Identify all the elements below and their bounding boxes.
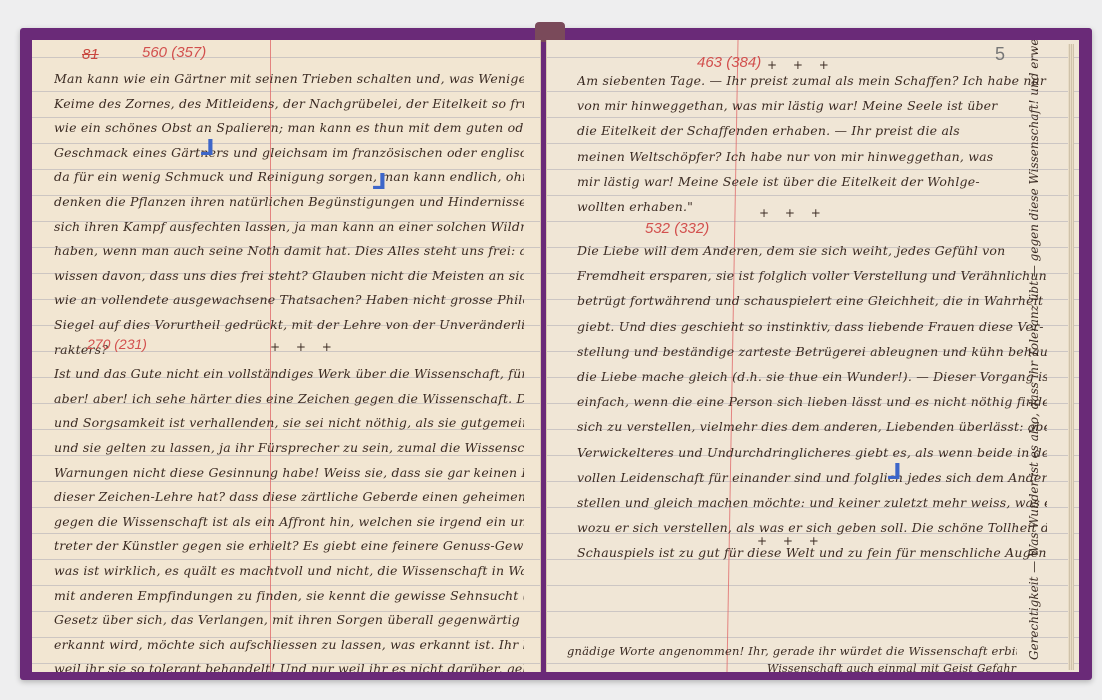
handwritten-line: stellen und gleich machen möchte: und ke… [577,492,1047,514]
blue-editorial-mark: ⅃ [887,460,901,485]
crosses-mark: + + + [270,340,338,354]
handwritten-line: Geschmack eines Gärtners und gleichsam i… [54,142,524,164]
handwritten-line: weil ihr sie so tolerant behandelt! Und … [54,658,524,672]
handwritten-line: erkannt wird, möchte sich aufschliessen … [54,634,524,656]
folio-number: 560 (357) [142,44,206,61]
handwritten-line: sich ihren Kampf ausfechten lassen, ja m… [54,216,524,238]
handwritten-line: sich zu verstellen, vielmehr dies dem an… [577,416,1047,438]
handwritten-line: von mir hinweggethan, was mir lästig war… [577,95,1047,117]
handwritten-line: einfach, wenn die eine Person sich liebe… [577,391,1047,413]
corner-page-number: 5 [995,44,1005,65]
crosses-mark: + + + [759,206,827,220]
handwritten-line: wie ein schönes Obst an Spalieren; man k… [54,117,524,139]
handwritten-line: vollen Leidenschaft für einander sind un… [577,467,1047,489]
bottom-text-line: Wissenschaft auch einmal mit Geist Gefah… [767,658,1017,672]
blue-editorial-mark: ⅃ [372,170,386,195]
handwritten-line: Ist und das Gute nicht ein vollständiges… [54,363,524,385]
handwritten-line: mit anderen Empfindungen zu finden, sie … [54,585,524,607]
handwritten-line: denken die Pflanzen ihren natürlichen Be… [54,191,524,213]
handwritten-line: Keime des Zornes, des Mitleidens, der Na… [54,93,524,115]
page-edges [1068,44,1074,670]
handwritten-line: wie an vollendete ausgewachsene Thatsach… [54,289,524,311]
handwritten-line: dieser Zeichen-Lehre hat? dass diese zär… [54,486,524,508]
handwritten-line: betrügt fortwährend und schauspielert ei… [577,290,1047,312]
handwritten-line: Gesetz über sich, das Verlangen, mit ihr… [54,609,524,631]
handwritten-line: die Eitelkeit der Schaffenden erhaben. —… [577,120,1047,142]
handwritten-line: Fremdheit ersparen, sie ist folglich vol… [577,265,1047,287]
handwritten-line: und sie gelten zu lassen, ja ihr Fürspre… [54,437,524,459]
handwritten-line: Am siebenten Tage. — Ihr preist zumal al… [577,70,1047,92]
blue-editorial-mark: ⅃ [200,136,214,161]
handwritten-line: stellung und beständige zarteste Betrüge… [577,341,1047,363]
notebook-spine [535,22,565,42]
handwritten-line: treter der Künstler gegen sie erhielt? E… [54,535,524,557]
left-page: 81 560 (357) Man kann wie ein Gärtner mi… [32,40,541,672]
handwritten-line: giebt. Und dies geschieht so instinktiv,… [577,316,1047,338]
folio-number: 463 (384) [697,54,761,71]
crosses-mark: + + + [757,534,825,548]
handwritten-line: Warnungen nicht diese Gesinnung habe! We… [54,462,524,484]
handwritten-line: Siegel auf dies Vorurtheil gedrückt, mit… [54,314,524,336]
handwritten-line: mir lästig war! Meine Seele ist über die… [577,171,1047,193]
handwritten-line: Die Liebe will dem Anderen, dem sie sich… [577,240,1047,262]
handwritten-line: Man kann wie ein Gärtner mit seinen Trie… [54,68,524,90]
handwritten-line: und Sorgsamkeit ist verhallenden, sie se… [54,412,524,434]
folio-number-mid: 270 (231) [87,336,147,352]
handwritten-line: die Liebe mache gleich (d.h. sie thue ei… [577,366,1047,388]
handwritten-line: wissen davon, dass uns dies frei steht? … [54,265,524,287]
folio-number-mid: 532 (332) [645,220,709,237]
handwritten-line: aber! aber! ich sehe härter dies eine Ze… [54,388,524,410]
handwritten-line: haben, wenn man auch seine Noth damit ha… [54,240,524,262]
handwritten-line: da für ein wenig Schmuck und Reinigung s… [54,166,524,188]
vertical-margin-note: Gerechtigkeit — Was Wunder ist es also, … [1027,80,1041,660]
handwritten-line: gegen die Wissenschaft ist als ein Affro… [54,511,524,533]
handwritten-line: was ist wirklich, es quält es machtvoll … [54,560,524,582]
handwritten-line: Verwickelteres und Undurchdringlicheres … [577,442,1047,464]
handwritten-line: meinen Weltschöpfer? Ich habe nur von mi… [577,146,1047,168]
right-page: 463 (384) + + + 5 Am siebenten Tage. — I… [546,40,1079,672]
struck-page-number: 81 [82,46,99,63]
